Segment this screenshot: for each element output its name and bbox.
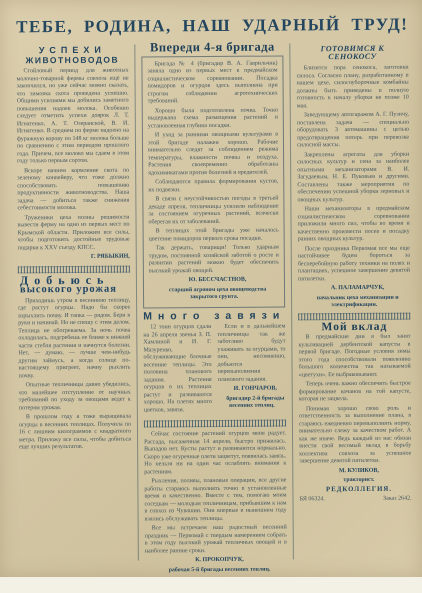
- zavyaz-right-text: Если и в дальнейшем тепличницы так же за…: [217, 323, 285, 383]
- center-column: Впереди 4-я бригада Бригада № 4 (бригади…: [141, 43, 287, 575]
- article-paragraph: Приходишь утром в весеннюю теплицу, где …: [18, 297, 131, 380]
- article-paragraph: Понимая хорошо свою роль и ответственнос…: [299, 405, 411, 466]
- imprint-line: БЯ 06324. Заказ 2642.: [300, 495, 412, 503]
- greenhouse-signature-role: рабочая 5-й бригады весенних теплиц.: [145, 566, 287, 574]
- imprint-code: БЯ 06324.: [300, 496, 325, 504]
- imprint-order: Заказ 2642.: [383, 495, 412, 503]
- newspaper-page: ТЕБЕ, РОДИНА, НАШ УДАРНЫЙ ТРУД! УСПЕХИ Ж…: [0, 0, 422, 577]
- contribution-heading: Мой вклад: [298, 323, 410, 331]
- article-paragraph: В теплицах этой бригады уже началось цве…: [149, 228, 279, 244]
- article-paragraph: Близится пора сенокоса, заготовки силоса…: [297, 65, 409, 111]
- article-paragraph: Заведующему автогаражом А. Г. Пузичу, по…: [297, 112, 409, 150]
- column-rule: [134, 45, 139, 561]
- article-paragraph: Вскоре начнем кормление скота по зеленом…: [17, 167, 129, 213]
- article-paragraph: Закреплены агрегаты для уборки силосных …: [297, 151, 409, 204]
- article-paragraph: И уход за ранними овощными культурами в …: [148, 132, 278, 178]
- editorial-board-label: РЕДКОЛЛЕГИЯ.: [299, 486, 411, 494]
- greenhouse-signature: К. ПРОКОПЧУК,: [145, 556, 287, 564]
- greenhouse-article: Сейчас состояние растений огурцов меня р…: [144, 430, 287, 573]
- brigade-article-box: Бригада № 4 (бригадир В. А. Гаврильчик) …: [141, 55, 285, 308]
- article-paragraph: В предмайские дни я был занят культиваци…: [298, 334, 410, 380]
- contribution-signature-role: тракторист.: [299, 477, 411, 485]
- haymaking-heading: ГОТОВИМСЯ К СЕНОКОСУ: [296, 45, 408, 61]
- haymaking-signature: А. ПАЛАМАРЧУК,: [298, 285, 410, 293]
- article-paragraph: Рыхления, поливы, плановые операции, все…: [144, 477, 286, 523]
- article-paragraph: Так держать, товарищи! Только ударным тр…: [149, 245, 279, 276]
- article-paragraph: Бригада № 4 (бригадир В. А. Гаврильчик) …: [147, 60, 277, 106]
- brigade-signature-role: старший агроном цеха овощеводства закрыт…: [149, 286, 279, 301]
- left-column: УСПЕХИ ЖИВОТНОВОДОВ Стойловый период для…: [16, 45, 131, 454]
- right-column: ГОТОВИМСЯ К СЕНОКОСУ Близится пора сенок…: [296, 43, 411, 504]
- column-rule: [289, 43, 294, 559]
- zavyaz-right-block: Если и в дальнейшем тепличницы так же за…: [217, 323, 286, 415]
- article-paragraph: Стойловый период для животных молочно-то…: [16, 68, 129, 166]
- ornament-divider: [298, 312, 410, 320]
- article-paragraph: Все мы встречаем наш радостный весенний …: [145, 524, 287, 555]
- article-paragraph: Соблюдаются правила формирования кустов,…: [148, 179, 278, 195]
- article-paragraph: Наши механизаторы в предмайском социалис…: [298, 206, 410, 244]
- masthead-headline: ТЕБЕ, РОДИНА, НАШ УДАРНЫЙ ТРУД!: [16, 15, 408, 38]
- ornament-divider: [18, 265, 130, 273]
- article-paragraph: Хорошо была подготовлена почва. Точно вы…: [148, 107, 278, 130]
- article-paragraph: Сейчас состояние растений огурцов меня р…: [144, 430, 286, 476]
- article-paragraph: После праздника Первомая все мы еще наст…: [298, 245, 410, 283]
- successes-heading: УСПЕХИ ЖИВОТНОВОДОВ: [16, 47, 128, 65]
- ornament-divider: [144, 419, 286, 427]
- columns-area: УСПЕХИ ЖИВОТНОВОДОВ Стойловый период для…: [16, 43, 412, 577]
- article-paragraph: Теперь очень важно обеспечить быстрое фо…: [299, 381, 411, 404]
- harvest-heading-line2: высокого урожая: [20, 286, 130, 294]
- zavyaz-left-text: 12 тонн огурцов сдали на 26 апреля звень…: [143, 324, 212, 414]
- article-paragraph: Труженики цеха полны решимости вывести ф…: [17, 214, 129, 252]
- successes-heading-line1: УСПЕХИ: [16, 47, 128, 55]
- harvest-heading: Добьюсь высокого урожая: [20, 276, 130, 294]
- contribution-signature: М. КУЛИКОВ,: [299, 467, 411, 475]
- zavyaz-signature: И. ГОНЧАРОВ,: [218, 385, 286, 393]
- zavyaz-two-columns: 12 тонн огурцов сдали на 26 апреля звень…: [143, 323, 286, 416]
- successes-signature: Г. РЯБЫКИН,: [18, 254, 130, 262]
- article-paragraph: В связи с неустойчивостью погоды в треть…: [148, 196, 278, 227]
- brigade-heading: Впереди 4-я бригада: [141, 43, 283, 51]
- successes-heading-line2: ЖИВОТНОВОДОВ: [16, 56, 128, 64]
- article-paragraph: В прошлом году я тоже выращивала огурцы …: [19, 414, 131, 452]
- haymaking-signature-role: начальник цеха механизации и электрифика…: [298, 294, 410, 309]
- zavyaz-heading: Много завязи: [143, 312, 285, 320]
- page-content: ТЕБЕ, РОДИНА, НАШ УДАРНЫЙ ТРУД! УСПЕХИ Ж…: [0, 0, 422, 577]
- zavyaz-signature-role: бригадир 2-й бригады весенних теплиц.: [218, 395, 286, 409]
- brigade-signature: Ю. БЕССЧАСТНОВ,: [149, 277, 279, 285]
- article-paragraph: Опытные тепличницы давно убедились, что …: [19, 382, 131, 413]
